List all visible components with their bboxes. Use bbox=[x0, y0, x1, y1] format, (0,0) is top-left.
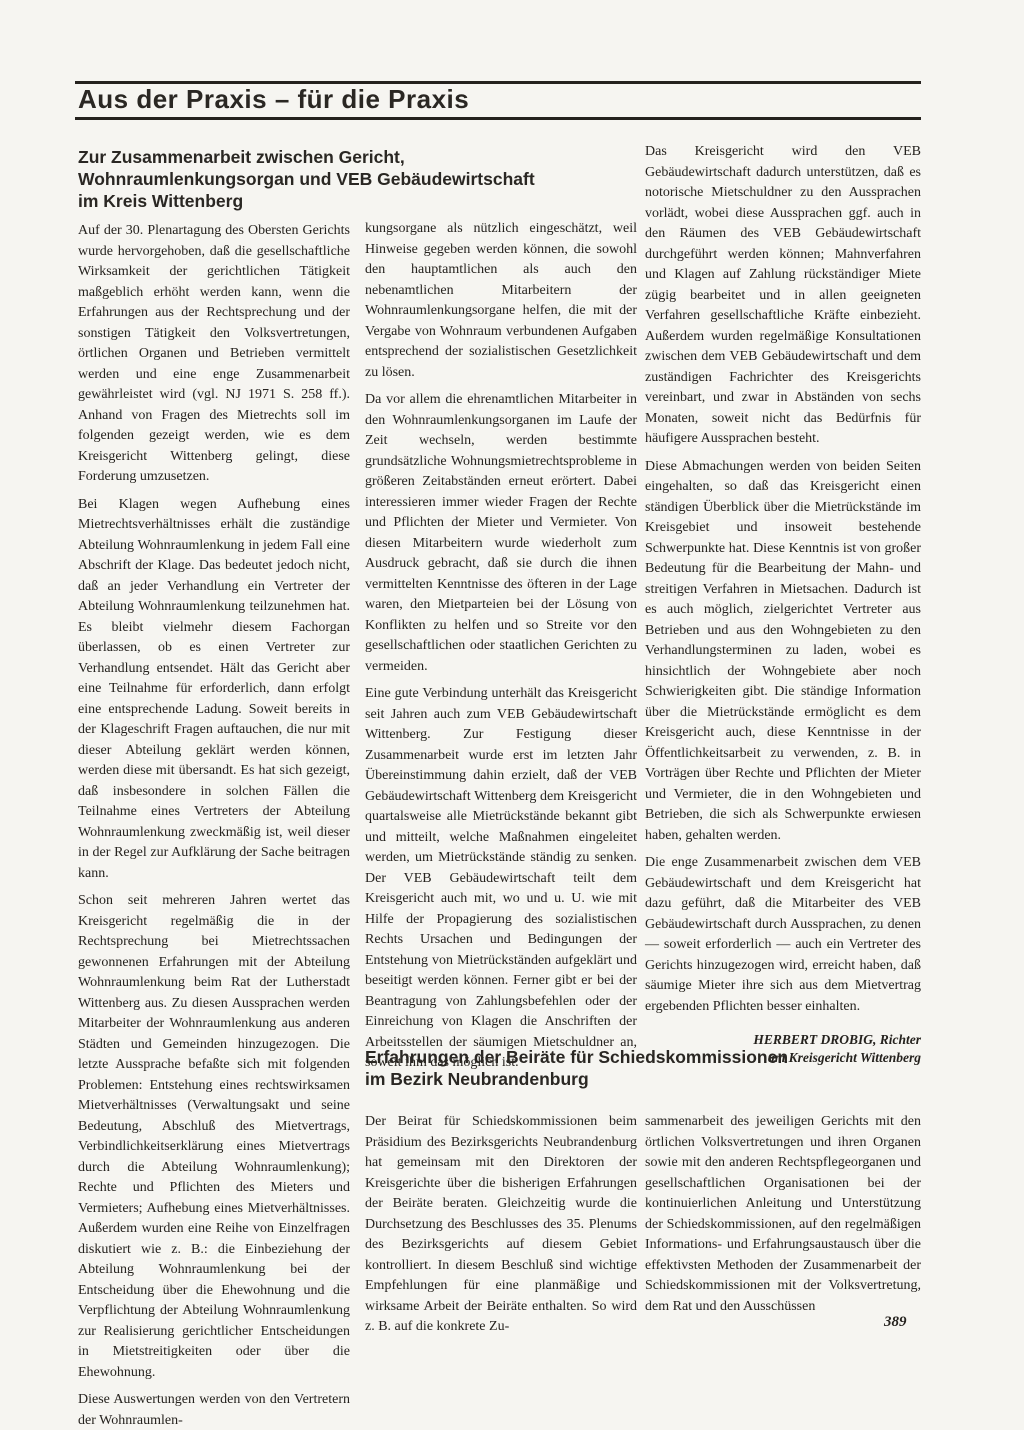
paragraph: Das Kreisgericht wird den VEB Gebäudewir… bbox=[645, 142, 921, 450]
article1-column-2: kungsorgane als nützlich eingeschätzt, w… bbox=[365, 219, 637, 1081]
paragraph: Diese Abmachungen werden von beiden Seit… bbox=[645, 457, 921, 847]
journal-page: Aus der Praxis – für die Praxis Zur Zusa… bbox=[0, 0, 1024, 1430]
article1-column-1: Auf der 30. Plenartagung des Obersten Ge… bbox=[78, 221, 350, 1430]
article1-title-line1: Zur Zusammenarbeit zwischen Gericht, bbox=[78, 146, 638, 168]
article2-title-line2: im Bezirk Neubrandenburg bbox=[365, 1068, 945, 1090]
paragraph: Der Beirat für Schiedskommissionen beim … bbox=[365, 1112, 637, 1338]
article1-title: Zur Zusammenarbeit zwischen Gericht, Woh… bbox=[78, 146, 638, 212]
article2-title-line1: Erfahrungen der Beiräte für Schiedskommi… bbox=[365, 1046, 945, 1068]
header-rule-bottom bbox=[75, 117, 921, 120]
paragraph: Auf der 30. Plenartagung des Obersten Ge… bbox=[78, 221, 350, 488]
paragraph: Eine gute Verbindung unterhält das Kreis… bbox=[365, 684, 637, 1074]
article2-column-2: sammenarbeit des jeweiligen Gerichts mit… bbox=[645, 1112, 921, 1324]
article2-column-1: Der Beirat für Schiedskommissionen beim … bbox=[365, 1112, 637, 1345]
paragraph: Die enge Zusammenarbeit zwischen dem VEB… bbox=[645, 853, 921, 1017]
paragraph: Bei Klagen wegen Aufhebung eines Mietrec… bbox=[78, 495, 350, 885]
article1-column-3: Das Kreisgericht wird den VEB Gebäudewir… bbox=[645, 142, 921, 1067]
article2-title: Erfahrungen der Beiräte für Schiedskommi… bbox=[365, 1046, 945, 1090]
article1-title-line2: Wohnraumlenkungsorgan und VEB Gebäudewir… bbox=[78, 168, 638, 190]
page-number: 389 bbox=[884, 1314, 907, 1331]
paragraph: kungsorgane als nützlich eingeschätzt, w… bbox=[365, 219, 637, 383]
paragraph: Da vor allem die ehrenamtlichen Mitarbei… bbox=[365, 390, 637, 677]
article1-title-line3: im Kreis Wittenberg bbox=[78, 190, 638, 212]
paragraph: Schon seit mehreren Jahren wertet das Kr… bbox=[78, 891, 350, 1383]
paragraph: Diese Auswertungen werden von den Vertre… bbox=[78, 1390, 350, 1430]
section-header: Aus der Praxis – für die Praxis bbox=[78, 84, 469, 115]
paragraph: sammenarbeit des jeweiligen Gerichts mit… bbox=[645, 1112, 921, 1317]
